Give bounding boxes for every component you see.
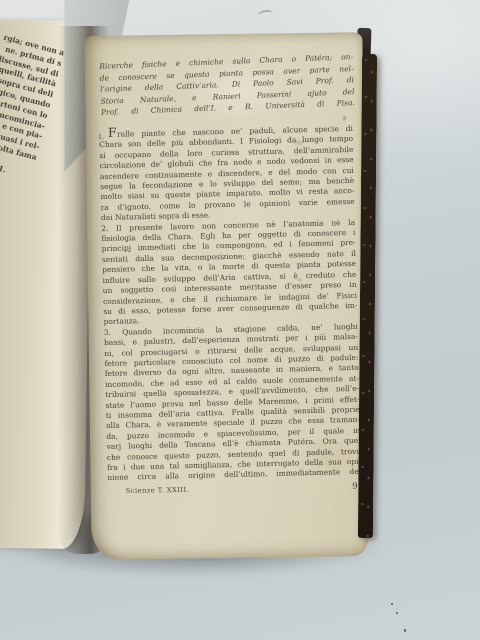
page-content: Ricerche fisiche e chimiche sulla Chara …: [100, 54, 360, 496]
page-number: 9: [352, 482, 358, 492]
paragraph-lines: 2. Il presente lavoro non concerne nè l’…: [101, 217, 357, 327]
paragraph-lines: 3. Quando incomincia la stagione calda, …: [104, 321, 362, 483]
left-fragment-lines: rgia; ove non ane. prima di sdiscusse, s…: [0, 19, 65, 164]
book-photo: rgia; ove non ane. prima di sdiscusse, s…: [0, 0, 480, 640]
body-text: 1. Fralle piante che nascono ne’ paduli,…: [99, 123, 362, 483]
dust-speck: [396, 612, 398, 614]
paragraph-1: 1. Fralle piante che nascono ne’ paduli,…: [99, 123, 355, 223]
page-footer: Scienze T. XXIII. 9: [106, 482, 360, 497]
left-page-text-fragments: rgia; ove non ane. prima di sdiscusse, s…: [0, 19, 65, 183]
dust-speck: [391, 603, 393, 605]
initial-capital: F: [108, 124, 118, 139]
volume-signature: Scienze T. XXIII.: [126, 486, 190, 495]
right-page: Ricerche fisiche e chimiche sulla Chara …: [84, 32, 369, 560]
paragraph-3: 3. Quando incomincia la stagione calda, …: [104, 321, 362, 483]
paragraph-2: 2. Il presente lavoro non concerne nè l’…: [101, 217, 357, 327]
article-heading: Ricerche fisiche e chimiche sulla Chara …: [99, 51, 355, 118]
paragraph-number: 1.: [98, 131, 104, 142]
paragraph-lines: Chara son delle più abbondanti. I Fisiol…: [99, 134, 355, 223]
dust-speck: [404, 629, 406, 632]
